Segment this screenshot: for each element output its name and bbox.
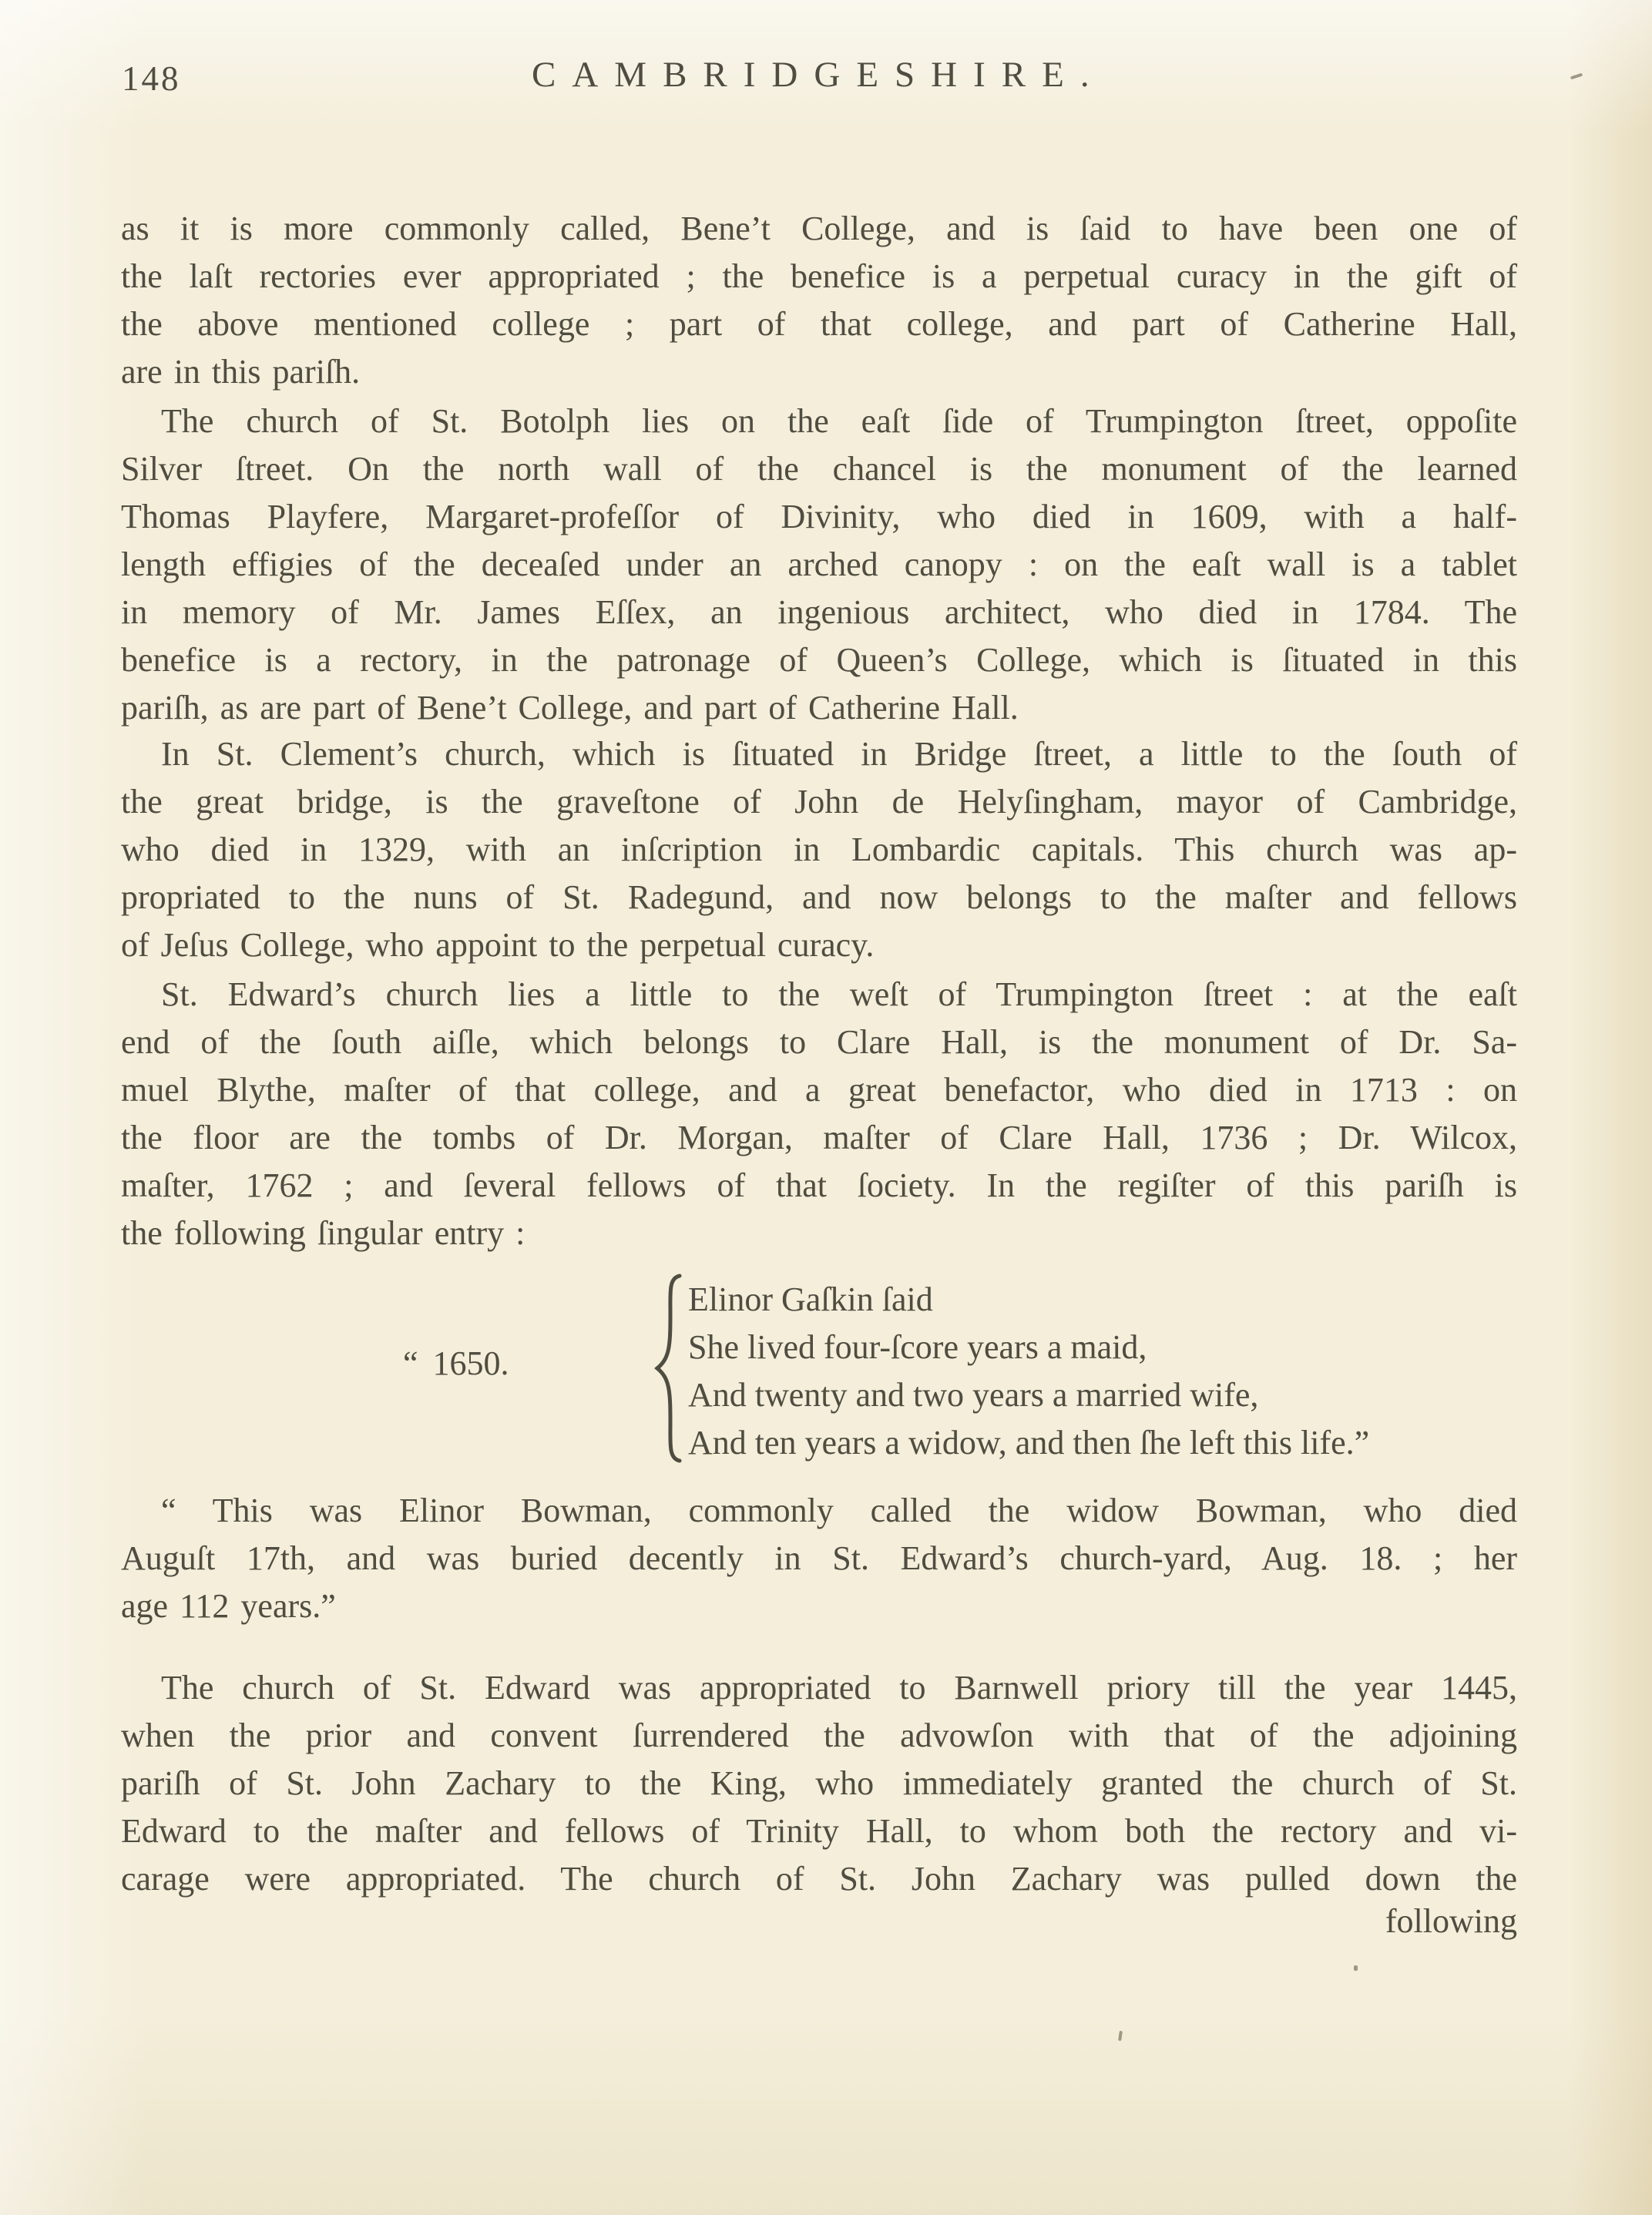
paragraph: “ This was Elinor Bowman, commonly calle… bbox=[121, 1487, 1517, 1630]
text-line: are in this pariſh. bbox=[121, 348, 1517, 396]
text-line: the following ſingular entry : bbox=[121, 1210, 1517, 1257]
text-line: who died in 1329, with an inſcription in… bbox=[121, 826, 1517, 874]
text-line: carage were appropriated. The church of … bbox=[121, 1855, 1517, 1903]
ink-speck bbox=[1118, 2031, 1123, 2041]
text-line: Edward to the maſter and fellows of Trin… bbox=[121, 1807, 1517, 1855]
text-line: end of the ſouth aiſle, which belongs to… bbox=[121, 1019, 1517, 1066]
text-line: Auguſt 17th, and was buried decently in … bbox=[121, 1535, 1517, 1582]
text-line: benefice is a rectory, in the patronage … bbox=[121, 636, 1517, 684]
text-line: And twenty and two years a married wife, bbox=[688, 1371, 1369, 1419]
brace-icon bbox=[648, 1271, 683, 1474]
text-line: propriated to the nuns of St. Radegund, … bbox=[121, 874, 1517, 921]
paragraph: The church of St. Edward was appropriate… bbox=[121, 1664, 1517, 1903]
entry-verse: Elinor Gaſkin ſaid She lived four-ſcore … bbox=[688, 1276, 1369, 1467]
text-line: She lived four-ſcore years a maid, bbox=[688, 1324, 1369, 1371]
paragraph: as it is more commonly called, Bene’t Co… bbox=[121, 205, 1517, 396]
text-line: the above mentioned college ; part of th… bbox=[121, 300, 1517, 348]
text-line: In St. Clement’s church, which is ſituat… bbox=[121, 730, 1517, 778]
text-line: And ten years a widow, and then ſhe left… bbox=[688, 1419, 1369, 1467]
text-line: as it is more commonly called, Bene’t Co… bbox=[121, 205, 1517, 253]
paragraph: In St. Clement’s church, which is ſituat… bbox=[121, 730, 1517, 969]
text-line: pariſh of St. John Zachary to the King, … bbox=[121, 1760, 1517, 1807]
text-line: The church of St. Botolph lies on the ea… bbox=[121, 398, 1517, 445]
entry-year-label: “ 1650. bbox=[403, 1344, 509, 1383]
register-entry: “ 1650. Elinor Gaſkin ſaid She lived fou… bbox=[121, 1271, 1517, 1473]
text-line: age 112 years.” bbox=[121, 1582, 1517, 1630]
text-line: pariſh, as are part of Bene’t College, a… bbox=[121, 684, 1517, 732]
text-line: when the prior and convent ſurrendered t… bbox=[121, 1712, 1517, 1760]
page-number: 148 bbox=[122, 59, 181, 99]
text-line: St. Edward’s church lies a little to the… bbox=[121, 971, 1517, 1019]
ink-speck bbox=[1570, 73, 1583, 80]
running-title: CAMBRIDGESHIRE. bbox=[532, 54, 1106, 96]
text-line: of Jeſus College, who appoint to the per… bbox=[121, 921, 1517, 969]
text-line: The church of St. Edward was appropriate… bbox=[121, 1664, 1517, 1712]
text-line: “ This was Elinor Bowman, commonly calle… bbox=[121, 1487, 1517, 1535]
text-line: in memory of Mr. James Eſſex, an ingenio… bbox=[121, 589, 1517, 636]
text-line: muel Blythe, maſter of that college, and… bbox=[121, 1066, 1517, 1114]
text-line: the laſt rectories ever appropriated ; t… bbox=[121, 253, 1517, 300]
text-line: Elinor Gaſkin ſaid bbox=[688, 1276, 1369, 1324]
paragraph: The church of St. Botolph lies on the ea… bbox=[121, 398, 1517, 732]
catchword: following bbox=[121, 1901, 1517, 1941]
text-line: maſter, 1762 ; and ſeveral fellows of th… bbox=[121, 1162, 1517, 1210]
text-line: Silver ſtreet. On the north wall of the … bbox=[121, 445, 1517, 493]
book-page: 148 CAMBRIDGESHIRE. as it is more common… bbox=[0, 0, 1652, 2215]
ink-speck bbox=[1354, 1965, 1358, 1971]
text-line: the floor are the tombs of Dr. Morgan, m… bbox=[121, 1114, 1517, 1162]
paragraph: St. Edward’s church lies a little to the… bbox=[121, 971, 1517, 1257]
text-line: the great bridge, is the graveſtone of J… bbox=[121, 778, 1517, 826]
text-line: Thomas Playfere, Margaret-profeſſor of D… bbox=[121, 493, 1517, 541]
text-line: length effigies of the deceaſed under an… bbox=[121, 541, 1517, 589]
